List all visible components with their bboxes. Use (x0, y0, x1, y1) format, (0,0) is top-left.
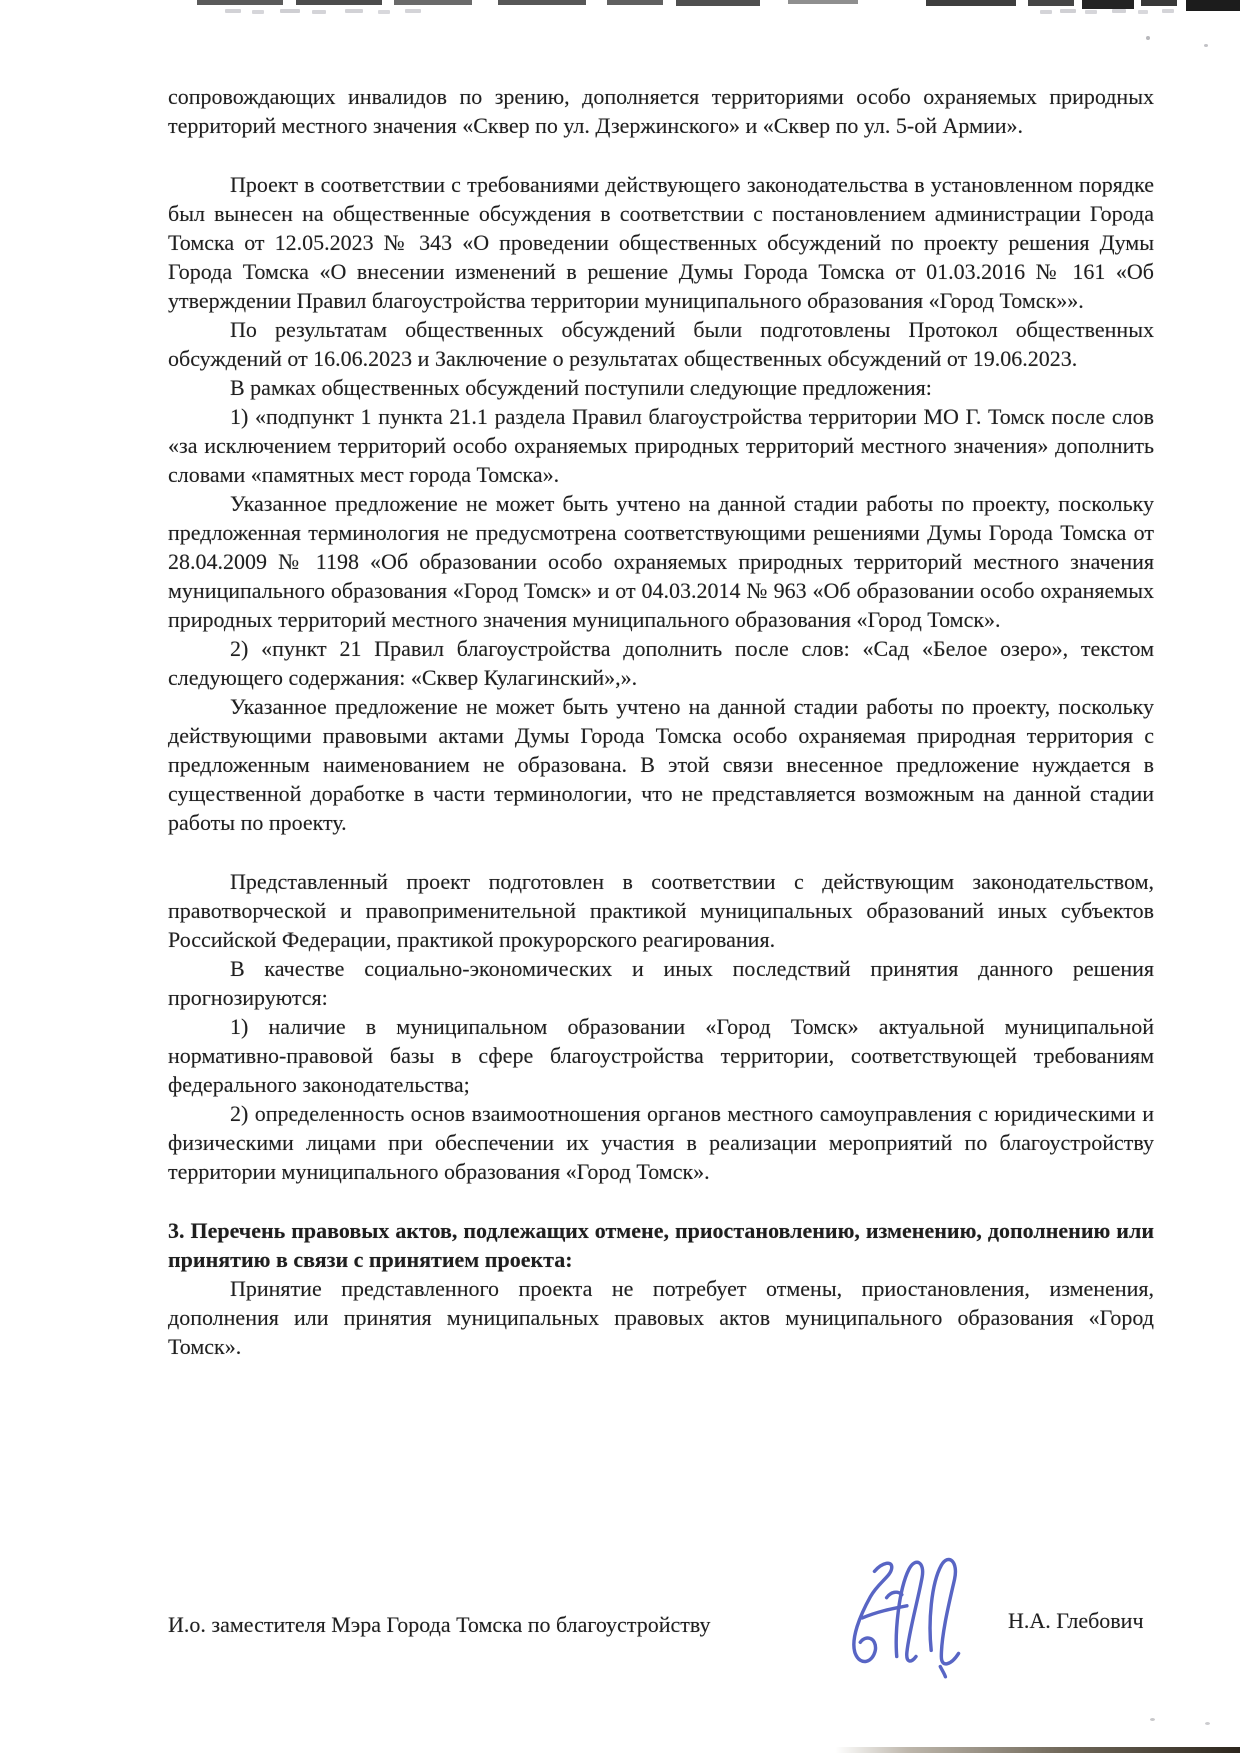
signature-title: И.о. заместителя Мэра Города Томска по б… (168, 1612, 711, 1638)
body-paragraph-proposals-intro: В рамках общественных обсуждений поступи… (168, 373, 1154, 402)
scan-artifact-bottom-edge (835, 1747, 1240, 1753)
body-paragraph-consequence-2: 2) определенность основ взаимоотношения … (168, 1099, 1154, 1186)
body-paragraph-section-3-text: Принятие представленного проекта не потр… (168, 1274, 1154, 1361)
body-paragraph-consequences-intro: В качестве социально-экономических и ины… (168, 954, 1154, 1012)
signature-block: И.о. заместителя Мэра Города Томска по б… (168, 1548, 1178, 1718)
body-paragraph-proposal-2: 2) «пункт 21 Правил благоустройства допо… (168, 634, 1154, 692)
section-3-heading: 3. Перечень правовых актов, подлежащих о… (168, 1216, 1154, 1274)
signatory-name: Н.А. Глебович (1008, 1608, 1144, 1634)
scanned-document-page: сопровождающих инвалидов по зрению, допо… (0, 0, 1240, 1753)
body-paragraph-proposal-1-response: Указанное предложение не может быть учте… (168, 489, 1154, 634)
body-paragraph-project: Проект в соответствии с требованиями дей… (168, 170, 1154, 315)
body-paragraph-results: По результатам общественных обсуждений б… (168, 315, 1154, 373)
body-paragraph-proposal-1: 1) «подпункт 1 пункта 21.1 раздела Прави… (168, 402, 1154, 489)
signature-ink (840, 1554, 992, 1688)
body-paragraph-proposal-2-response: Указанное предложение не может быть учте… (168, 692, 1154, 837)
body-paragraph-prepared: Представленный проект подготовлен в соот… (168, 867, 1154, 954)
body-paragraph-consequence-1: 1) наличие в муниципальном образовании «… (168, 1012, 1154, 1099)
document-body: сопровождающих инвалидов по зрению, допо… (168, 82, 1154, 1361)
continuation-paragraph: сопровождающих инвалидов по зрению, допо… (168, 82, 1154, 140)
